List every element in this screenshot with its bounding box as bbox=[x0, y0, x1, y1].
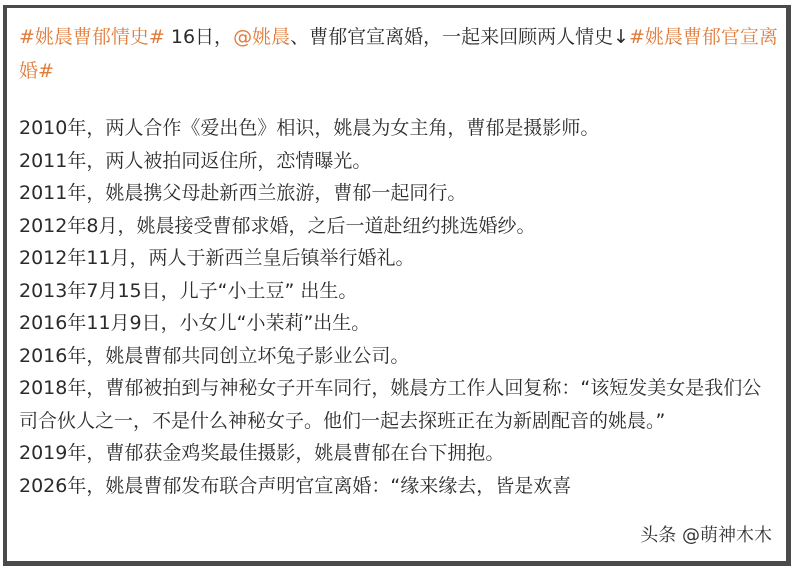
mention-link[interactable]: @姚晨 bbox=[233, 26, 290, 48]
timeline-item: 2012年11月，两人于新西兰皇后镇举行婚礼。 bbox=[19, 242, 778, 275]
timeline-item: 2016年，姚晨曹郁共同创立坏兔子影业公司。 bbox=[19, 340, 778, 373]
timeline-item: 2013年7月15日，儿子“小土豆” 出生。 bbox=[19, 275, 778, 308]
timeline-item: 2016年11月9日，小女儿“小茉莉”出生。 bbox=[19, 307, 778, 340]
watermark: 头条 @萌神木木 bbox=[640, 521, 772, 547]
spacer bbox=[19, 88, 778, 112]
timeline-item: 2019年，曹郁获金鸡奖最佳摄影，姚晨曹郁在台下拥抱。 bbox=[19, 437, 778, 470]
intro-text: 16日， bbox=[165, 26, 233, 48]
timeline-item: 2018年，曹郁被拍到与神秘女子开车同行，姚晨方工作人回复称：“该短发美女是我们… bbox=[19, 372, 778, 437]
intro-text: 、曹郁官宣离婚，一起来回顾两人情史↓ bbox=[290, 26, 629, 48]
timeline-item: 2011年，姚晨携父母赴新西兰旅游，曹郁一起同行。 bbox=[19, 177, 778, 210]
timeline-item: 2010年，两人合作《爱出色》相识，姚晨为女主角，曹郁是摄影师。 bbox=[19, 112, 778, 145]
hashtag-link[interactable]: #姚晨曹郁情史# bbox=[19, 26, 165, 48]
timeline-item: 2011年，两人被拍同返住所，恋情曝光。 bbox=[19, 145, 778, 178]
post-content: #姚晨曹郁情史# 16日，@姚晨、曹郁官宣离婚，一起来回顾两人情史↓#姚晨曹郁官… bbox=[19, 20, 778, 502]
screenshot-frame: #姚晨曹郁情史# 16日，@姚晨、曹郁官宣离婚，一起来回顾两人情史↓#姚晨曹郁官… bbox=[3, 5, 791, 566]
timeline-item: 2012年8月，姚晨接受曹郁求婚，之后一道赴纽约挑选婚纱。 bbox=[19, 210, 778, 243]
post-intro: #姚晨曹郁情史# 16日，@姚晨、曹郁官宣离婚，一起来回顾两人情史↓#姚晨曹郁官… bbox=[19, 20, 778, 88]
timeline-item: 2026年，姚晨曹郁发布联合声明官宣离婚：“缘来缘去，皆是欢喜 bbox=[19, 470, 778, 503]
